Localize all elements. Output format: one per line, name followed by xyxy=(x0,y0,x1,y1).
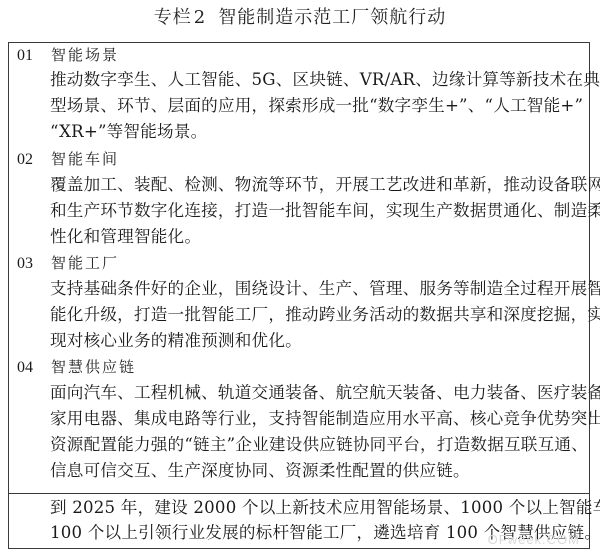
watermark: OFweek.COM xyxy=(488,532,580,547)
section-number: 03 xyxy=(17,253,51,275)
section-name: 智能场景 xyxy=(51,46,119,64)
column-title-text: 智能制造示范工厂领航行动 xyxy=(218,7,446,28)
section-name: 智能工厂 xyxy=(51,254,119,272)
summary-line-1: 到 2025 年，建设 2000 个以上新技术应用智能场景、1000 个以上智能… xyxy=(50,496,600,520)
section-02-line-3: 性化和管理智能化。 xyxy=(50,225,201,249)
section-01-line-2: 型场景、环节、层面的应用，探索形成一批“数字孪生+”、“人工智能+” xyxy=(50,94,583,118)
section-01-heading: 01智能场景 xyxy=(17,44,119,66)
section-03-line-2: 能化升级，打造一批智能工厂，推动跨业务活动的数据共享和深度挖掘，实 xyxy=(50,303,600,327)
section-04-line-3: 资源配置能力强的“链主”企业建设供应链协同平台，打造数据互联互通、 xyxy=(50,433,588,457)
section-04-line-1: 面向汽车、工程机械、轨道交通装备、航空航天装备、电力装备、医疗装备、 xyxy=(50,381,600,405)
section-04-line-4: 信息可信交互、生产深度协同、资源柔性配置的供应链。 xyxy=(50,459,470,483)
section-number: 01 xyxy=(17,45,51,67)
section-02-line-1: 覆盖加工、装配、检测、物流等环节，开展工艺改进和革新，推动设备联网 xyxy=(50,173,600,197)
section-01-line-1: 推动数字孪生、人工智能、5G、区块链、VR/AR、边缘计算等新技术在典 xyxy=(50,68,600,92)
section-number: 02 xyxy=(17,149,51,171)
column-title-prefix: 专栏 xyxy=(154,7,192,28)
section-number: 04 xyxy=(17,357,51,379)
section-04-line-2: 家用电器、集成电路等行业，支持智能制造应用水平高、核心竞争优势突出、 xyxy=(50,407,600,431)
section-name: 智能车间 xyxy=(51,150,119,168)
column-title: 专栏2智能制造示范工厂领航行动 xyxy=(0,6,600,30)
sections-panel: 01智能场景 推动数字孪生、人工智能、5G、区块链、VR/AR、边缘计算等新技术… xyxy=(9,43,589,494)
section-02-heading: 02智能车间 xyxy=(17,148,119,170)
section-03-line-1: 支持基础条件好的企业，围绕设计、生产、管理、服务等制造全过程开展智 xyxy=(50,277,600,301)
section-01-line-3: “XR+”等智能场景。 xyxy=(50,120,207,144)
section-03-line-3: 现对核心业务的精准预测和优化。 xyxy=(50,329,302,353)
column-title-number: 2 xyxy=(194,7,206,28)
section-03-heading: 03智能工厂 xyxy=(17,252,119,274)
section-name: 智慧供应链 xyxy=(51,358,136,376)
section-04-heading: 04智慧供应链 xyxy=(17,356,136,378)
section-02-line-2: 和生产环节数字化连接，打造一批智能车间，实现生产数据贯通化、制造柔 xyxy=(50,199,600,223)
column-box: 01智能场景 推动数字孪生、人工智能、5G、区块链、VR/AR、边缘计算等新技术… xyxy=(8,42,590,549)
